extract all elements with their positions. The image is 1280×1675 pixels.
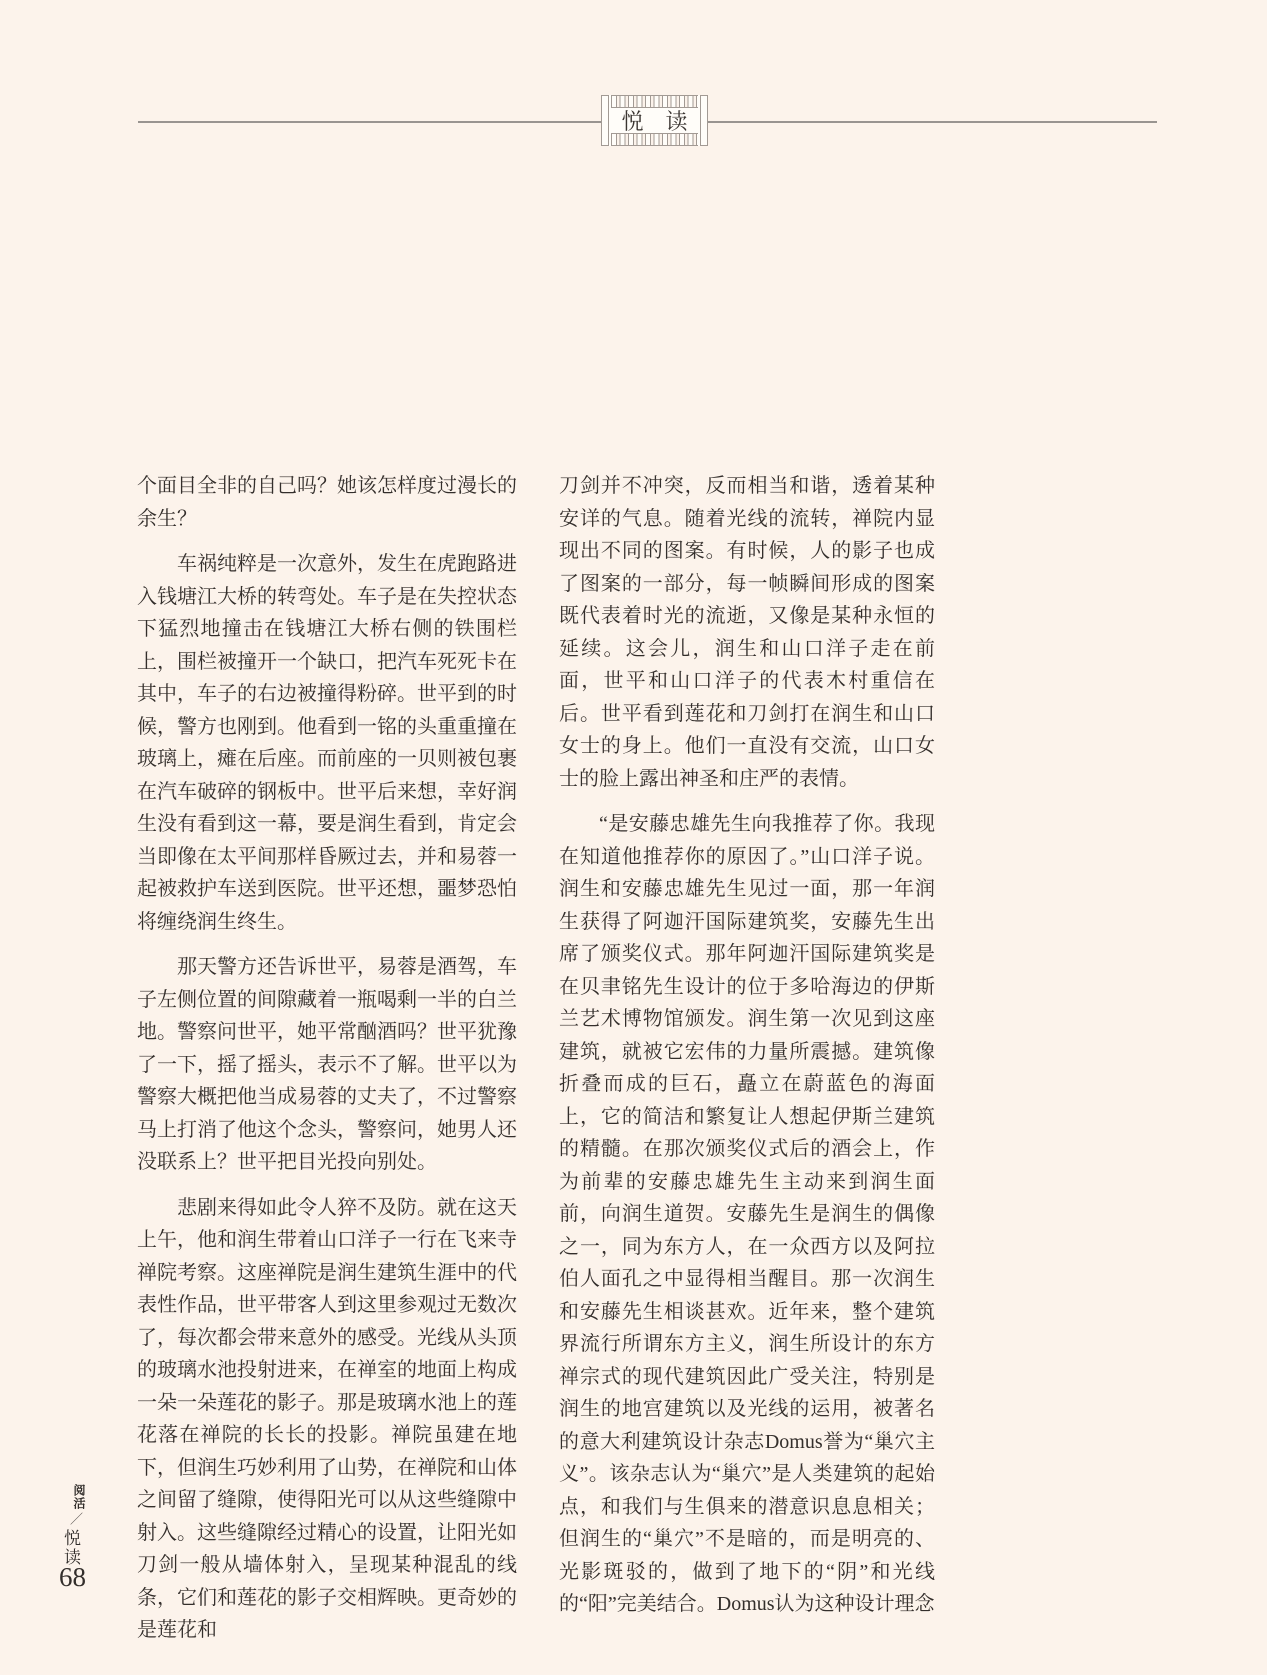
paragraph: 悲剧来得如此令人猝不及防。就在这天上午，他和润生带着山口洋子一行在飞来寺禅院考察… [137, 1192, 517, 1647]
sidebar-slash: ／ [69, 1512, 82, 1525]
paragraph: 刀剑并不冲突，反而相当和谐，透着某种安详的气息。随着光线的流转，禅院内显现出不同… [559, 470, 935, 795]
stamp-teeth-bottom [611, 133, 698, 146]
sidebar-category: 阅活／悦读 [66, 1484, 83, 1561]
right-column: 刀剑并不冲突，反而相当和谐，透着某种安详的气息。随着光线的流转，禅院内显现出不同… [559, 470, 935, 1660]
sidebar-category-small: 阅活 [72, 1484, 86, 1510]
left-column: 个面目全非的自己吗？她该怎样度过漫长的余生？ 车祸纯粹是一次意外，发生在虎跑路进… [137, 470, 517, 1660]
paragraph: “是安藤忠雄先生向我推荐了你。我现在知道他推荐你的原因了。”山口洋子说。润生和安… [559, 808, 935, 1621]
paragraph: 那天警方还告诉世平，易蓉是酒驾，车子左侧位置的间隙藏着一瓶喝剩一半的白兰地。警察… [137, 951, 517, 1179]
stamp-label: 悦 读 [601, 107, 708, 134]
stamp-right-bar [700, 95, 708, 146]
page-right-edge [1267, 0, 1280, 1675]
page-number: 68 [59, 1562, 86, 1593]
paragraph: 个面目全非的自己吗？她该怎样度过漫长的余生？ [137, 470, 517, 535]
paragraph: 车祸纯粹是一次意外，发生在虎跑路进入钱塘江大桥的转弯处。车子是在失控状态下猛烈地… [137, 548, 517, 938]
reading-section-stamp: 悦 读 [601, 95, 708, 146]
article-body: 个面目全非的自己吗？她该怎样度过漫长的余生？ 车祸纯粹是一次意外，发生在虎跑路进… [137, 470, 935, 1660]
